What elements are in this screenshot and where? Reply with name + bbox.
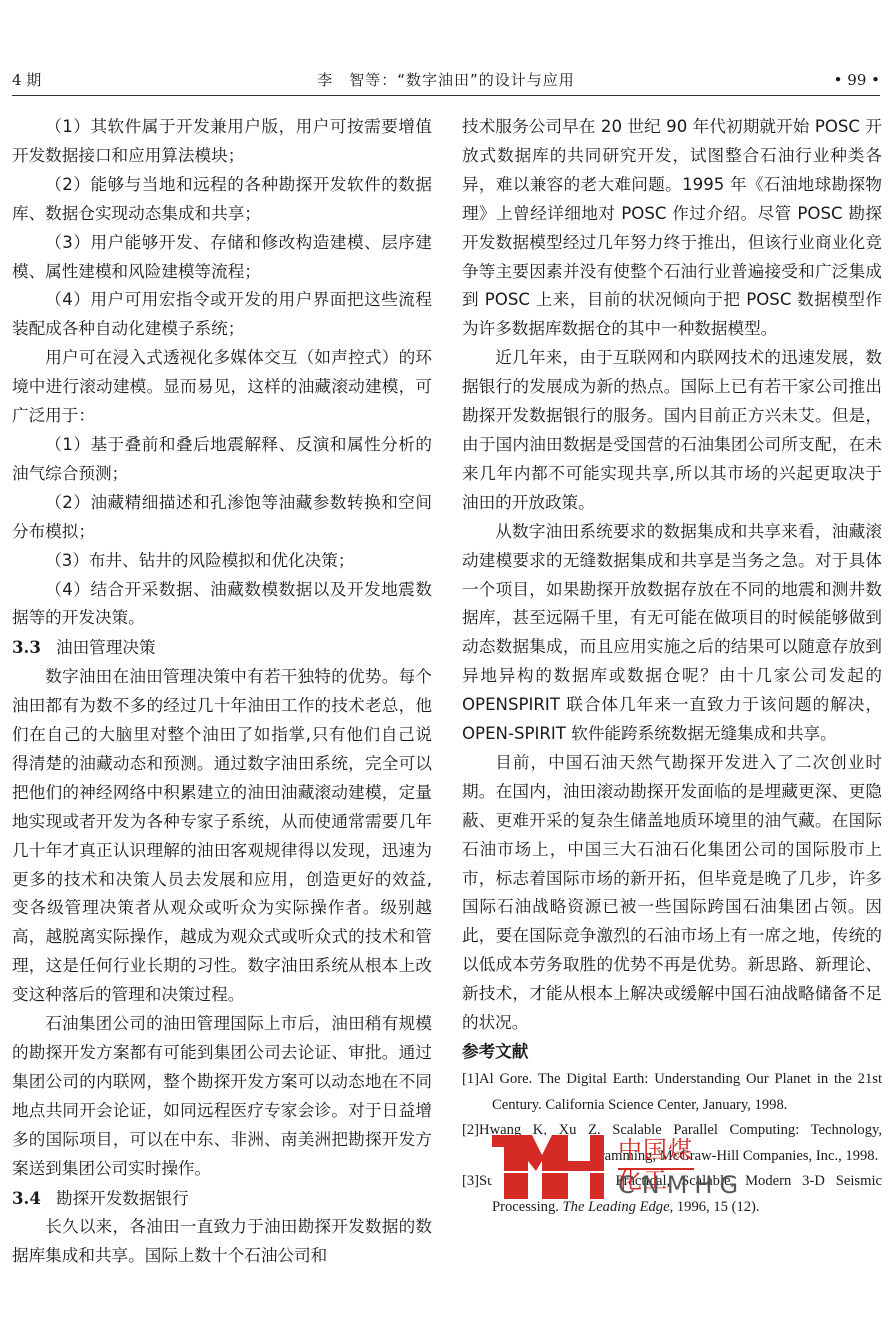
running-header: 4 期 李 智等：“数字油田”的设计与应用 • 99 • [12, 66, 880, 94]
section-title: 油田管理决策 [56, 638, 156, 657]
page-number: • 99 • [834, 66, 880, 94]
paragraph: 数字油田在油田管理决策中有若干独特的优势。每个油田都有为数不多的经过几十年油田工… [12, 663, 432, 1010]
list-item: （1）基于叠前和叠后地震解释、反演和属性分析的油气综合预测； [12, 431, 432, 489]
paragraph: 近几年来，由于互联网和内联网技术的迅速发展，数据银行的发展成为新的热点。国际上已… [462, 344, 882, 517]
reference-text: Al Gore. The Digital Earth: Understandin… [479, 1071, 882, 1113]
section-heading-3-4: 3.4勘探开发数据银行 [12, 1184, 432, 1214]
section-heading-3-3: 3.3油田管理决策 [12, 633, 432, 663]
reference-label: [2] [462, 1122, 479, 1138]
left-column: （1）其软件属于开发兼用户版，用户可按需要增值开发数据接口和应用算法模块； （2… [12, 113, 432, 1271]
running-title: 李 智等：“数字油田”的设计与应用 [12, 66, 880, 94]
watermark-divider [618, 1168, 694, 1170]
list-item: （3）布井、钻井的风险模拟和优化决策； [12, 547, 432, 576]
list-item: （2）能够与当地和远程的各种勘探开发软件的数据库、数据仓实现动态集成和共享； [12, 171, 432, 229]
journal-name: The Leading Edge [563, 1199, 670, 1215]
mh-logo-icon [492, 1135, 604, 1199]
watermark-logo: 中国煤化工 CNMHG [492, 1135, 694, 1199]
right-column: 技术服务公司早在 20 世纪 90 年代初期就开始 POSC 开放式数据库的共同… [462, 113, 882, 1220]
paragraph: 石油集团公司的油田管理国际上市后，油田稍有规模的勘探开发方案都有可能到集团公司去… [12, 1010, 432, 1183]
reference-label: [1] [462, 1071, 479, 1087]
reference-label: [3] [462, 1173, 479, 1189]
paragraph: 目前，中国石油天然气勘探开发进入了二次创业时期。在国内，油田滚动勘探开发面临的是… [462, 749, 882, 1038]
list-item: （3）用户能够开发、存储和修改构造建模、层序建模、属性建模和风险建模等流程； [12, 229, 432, 287]
paragraph: 技术服务公司早在 20 世纪 90 年代初期就开始 POSC 开放式数据库的共同… [462, 113, 882, 344]
list-item: （4）用户可用宏指令或开发的用户界面把这些流程装配成各种自动化建模子系统； [12, 286, 432, 344]
reference-item: [1]Al Gore. The Digital Earth: Understan… [462, 1067, 882, 1118]
section-number: 3.3 [12, 633, 56, 662]
paragraph: 长久以来，各油田一直致力于油田勘探开发数据的数据库集成和共享。国际上数十个石油公… [12, 1213, 432, 1271]
reference-text: , 1996, 15 (12). [670, 1199, 760, 1215]
watermark-english: CNMHG [618, 1171, 745, 1199]
paragraph: 从数字油田系统要求的数据集成和共享来看，油藏滚动建模要求的无缝数据集成和共享是当… [462, 518, 882, 749]
paragraph: 用户可在浸入式透视化多媒体交互（如声控式）的环境中进行滚动建模。显而易见，这样的… [12, 344, 432, 431]
list-item: （1）其软件属于开发兼用户版，用户可按需要增值开发数据接口和应用算法模块； [12, 113, 432, 171]
section-title: 勘探开发数据银行 [56, 1189, 189, 1208]
references-heading: 参考文献 [462, 1038, 882, 1067]
section-number: 3.4 [12, 1184, 56, 1213]
list-item: （4）结合开采数据、油藏数模数据以及开发地震数据等的开发决策。 [12, 576, 432, 634]
header-rule [12, 95, 880, 96]
list-item: （2）油藏精细描述和孔渗饱等油藏参数转换和空间分布模拟； [12, 489, 432, 547]
